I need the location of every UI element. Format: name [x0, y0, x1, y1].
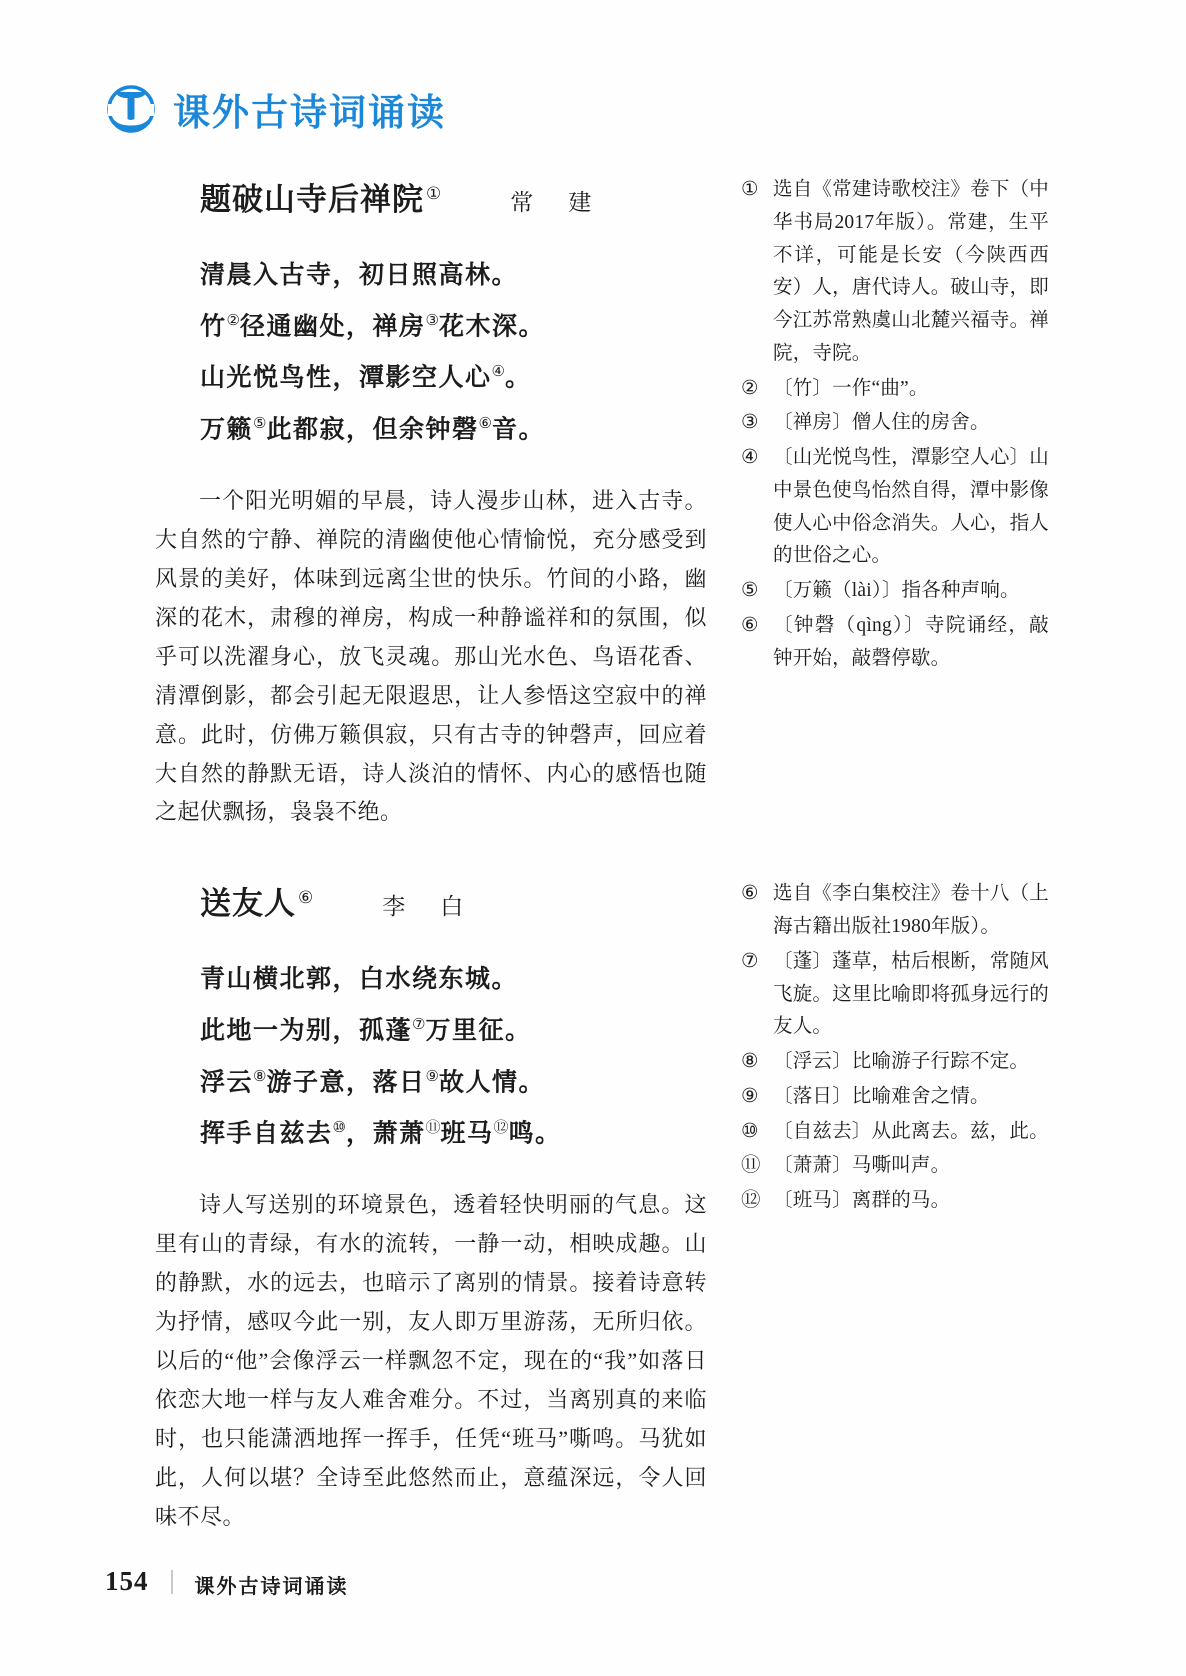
annotation-item: ⑦〔蓬〕蓬草，枯后根断，常随风飞旋。这里比喻即将孤身远行的友人。	[741, 946, 1049, 1044]
annotation-number: ②	[741, 373, 773, 406]
page-header: 课外古诗词诵读	[105, 78, 1128, 140]
annotation-text: 〔蓬〕蓬草，枯后根断，常随风飞旋。这里比喻即将孤身远行的友人。	[773, 946, 1049, 1044]
annotation-item: ③〔禅房〕僧人住的房舍。	[741, 407, 1049, 440]
poem-body: 青山横北郭，白水绕东城。此地一为别，孤蓬⑦万里征。浮云⑧游子意，落日⑨故人情。挥…	[155, 967, 707, 1146]
annotation-group: ⑥选自《李白集校注》卷十八（上海古籍出版社1980年版）。⑦〔蓬〕蓬草，枯后根断…	[741, 878, 1049, 1220]
annotation-item: ⑪〔萧萧〕马嘶叫声。	[741, 1150, 1049, 1183]
annotation-item: ②〔竹〕一作“曲”。	[741, 373, 1049, 406]
poem-analysis: 诗人写送别的环境景色，透着轻快明丽的气息。这里有山的青绿，有水的流转，一静一动，…	[155, 1186, 707, 1536]
annotation-number: ⑨	[741, 1081, 773, 1114]
note-ref-icon: ⑧	[253, 1069, 266, 1085]
annotation-text: 选自《常建诗歌校注》卷下（中华书局2017年版）。常建，生平不详，可能是长安（今…	[773, 174, 1049, 371]
note-ref-icon: ⑦	[412, 1017, 425, 1033]
annotation-number: ④	[741, 442, 773, 573]
annotation-item: ⑥选自《李白集校注》卷十八（上海古籍出版社1980年版）。	[741, 878, 1049, 944]
poem-line: 山光悦鸟性，潭影空人心④。	[200, 365, 707, 390]
annotation-item: ⑨〔落日〕比喻难舍之情。	[741, 1081, 1049, 1114]
annotation-text: 〔浮云〕比喻游子行踪不定。	[773, 1046, 1049, 1079]
poem-line: 挥手自兹去⑩，萧萧⑪班马⑫鸣。	[200, 1121, 707, 1146]
annotation-number: ⑧	[741, 1046, 773, 1079]
annotation-text: 〔班马〕离群的马。	[773, 1185, 1049, 1218]
poem-analysis: 一个阳光明媚的早晨，诗人漫步山林，进入古寺。大自然的宁静、禅院的清幽使他心情愉悦…	[155, 482, 707, 832]
footer-section-title: 课外古诗词诵读	[195, 1566, 349, 1599]
content-grid: 题破山寺后禅院① 常 建 清晨入古寺，初日照高林。竹②径通幽处，禅房③花木深。山…	[155, 174, 1128, 1537]
poem-section: 送友人⑥ 李 白 青山横北郭，白水绕东城。此地一为别，孤蓬⑦万里征。浮云⑧游子意…	[155, 878, 707, 1536]
annotation-group: ①选自《常建诗歌校注》卷下（中华书局2017年版）。常建，生平不详，可能是长安（…	[741, 174, 1049, 677]
note-ref-icon: ⑪	[425, 1120, 440, 1136]
poem-line: 清晨入古寺，初日照高林。	[200, 263, 707, 288]
annotation-item: ⑫〔班马〕离群的马。	[741, 1185, 1049, 1218]
annotation-text: 〔万籁（lài）〕指各种声响。	[773, 575, 1049, 608]
annotation-item: ①选自《常建诗歌校注》卷下（中华书局2017年版）。常建，生平不详，可能是长安（…	[741, 174, 1049, 371]
poem-author: 李 白	[382, 888, 469, 921]
textbook-page: 课外古诗词诵读 题破山寺后禅院① 常 建 清晨入古寺，初日照高林。竹②径通幽处，…	[0, 0, 1186, 1676]
annotation-text: 〔落日〕比喻难舍之情。	[773, 1081, 1049, 1114]
note-ref-icon: ②	[227, 313, 240, 329]
poem-title-ref: ⑥	[298, 888, 314, 907]
poem-line: 青山横北郭，白水绕东城。	[200, 967, 707, 992]
annotation-item: ⑧〔浮云〕比喻游子行踪不定。	[741, 1046, 1049, 1079]
poem-line: 浮云⑧游子意，落日⑨故人情。	[200, 1070, 707, 1095]
page-number: 154	[105, 1566, 149, 1597]
annotation-number: ①	[741, 174, 773, 371]
poem-line: 万籁⑤此都寂，但余钟磬⑥音。	[200, 417, 707, 442]
note-ref-icon: ⑩	[333, 1120, 346, 1136]
annotation-number: ⑩	[741, 1116, 773, 1149]
annotation-number: ⑥	[741, 610, 773, 676]
annotation-number: ⑥	[741, 878, 773, 944]
note-ref-icon: ⑫	[494, 1120, 509, 1136]
note-ref-icon: ③	[425, 313, 438, 329]
annotation-text: 〔自兹去〕从此离去。兹，此。	[773, 1116, 1049, 1149]
poem-body: 清晨入古寺，初日照高林。竹②径通幽处，禅房③花木深。山光悦鸟性，潭影空人心④。万…	[155, 263, 707, 442]
note-ref-icon: ④	[492, 364, 505, 380]
page-footer: 154 课外古诗词诵读	[105, 1548, 1128, 1676]
annotation-text: 〔竹〕一作“曲”。	[773, 373, 1049, 406]
annotation-item: ⑩〔自兹去〕从此离去。兹，此。	[741, 1116, 1049, 1149]
annotation-text: 〔禅房〕僧人住的房舍。	[773, 407, 1049, 440]
annotation-number: ⑦	[741, 946, 773, 1044]
annotation-text: 选自《李白集校注》卷十八（上海古籍出版社1980年版）。	[773, 878, 1049, 944]
poem-author: 常 建	[510, 184, 597, 217]
annotation-item: ⑤〔万籁（lài）〕指各种声响。	[741, 575, 1049, 608]
footer-divider	[171, 1570, 173, 1594]
poem-title: 送友人⑥	[200, 878, 314, 923]
series-logo-icon	[105, 83, 157, 135]
annotation-text: 〔钟磬（qìng）〕寺院诵经，敲钟开始，敲磬停歇。	[773, 610, 1049, 676]
annotation-item: ⑥〔钟磬（qìng）〕寺院诵经，敲钟开始，敲磬停歇。	[741, 610, 1049, 676]
poem-title-row: 送友人⑥ 李 白	[155, 878, 707, 923]
poem-title: 题破山寺后禅院①	[200, 174, 442, 219]
annotation-text: 〔萧萧〕马嘶叫声。	[773, 1150, 1049, 1183]
annotation-number: ③	[741, 407, 773, 440]
annotation-number: ⑪	[741, 1150, 773, 1183]
note-ref-icon: ⑨	[425, 1069, 438, 1085]
annotation-item: ④〔山光悦鸟性，潭影空人心〕山中景色使鸟怡然自得，潭中影像使人心中俗念消失。人心…	[741, 442, 1049, 573]
note-ref-icon: ⑤	[253, 416, 266, 432]
poem-section: 题破山寺后禅院① 常 建 清晨入古寺，初日照高林。竹②径通幽处，禅房③花木深。山…	[155, 174, 707, 832]
annotation-text: 〔山光悦鸟性，潭影空人心〕山中景色使鸟怡然自得，潭中影像使人心中俗念消失。人心，…	[773, 442, 1049, 573]
poem-title-row: 题破山寺后禅院① 常 建	[155, 174, 707, 219]
poem-line: 竹②径通幽处，禅房③花木深。	[200, 314, 707, 339]
poem-title-ref: ①	[426, 184, 442, 203]
annotation-number: ⑫	[741, 1185, 773, 1218]
annotation-number: ⑤	[741, 575, 773, 608]
note-ref-icon: ⑥	[478, 416, 491, 432]
page-title: 课外古诗词诵读	[173, 82, 446, 136]
poem-line: 此地一为别，孤蓬⑦万里征。	[200, 1018, 707, 1043]
